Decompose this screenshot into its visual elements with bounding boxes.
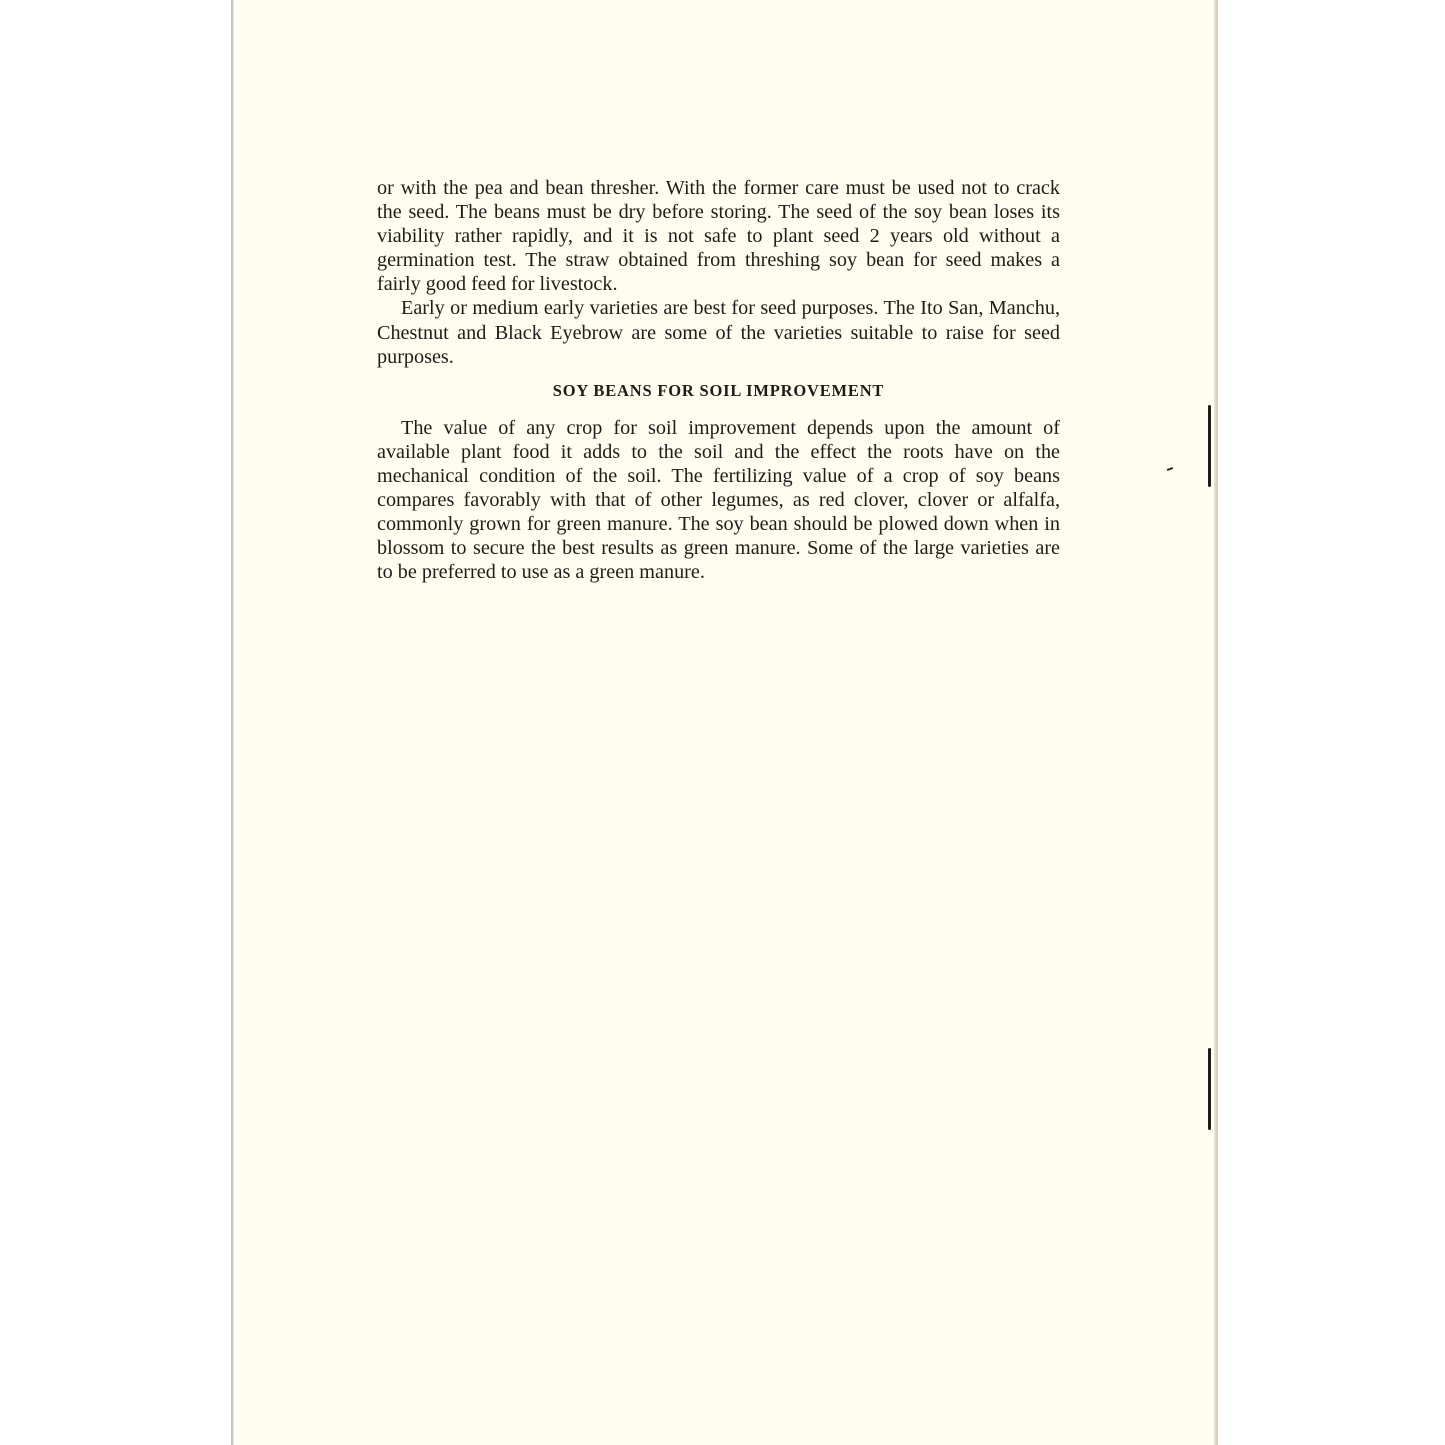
document-body: or with the pea and bean thresher. With … — [377, 176, 1060, 584]
paragraph-threshing: or with the pea and bean thresher. With … — [377, 176, 1060, 296]
paragraph-soil-improvement: The value of any crop for soil improveme… — [377, 416, 1060, 585]
section-heading: SOY BEANS FOR SOIL IMPROVEMENT — [377, 380, 1060, 402]
page-edge — [1214, 0, 1217, 1445]
staple-bottom — [1208, 1048, 1211, 1130]
staple-top — [1208, 405, 1211, 487]
ink-speck — [1167, 467, 1173, 471]
paragraph-seed-varieties: Early or medium early varieties are best… — [377, 296, 1060, 368]
